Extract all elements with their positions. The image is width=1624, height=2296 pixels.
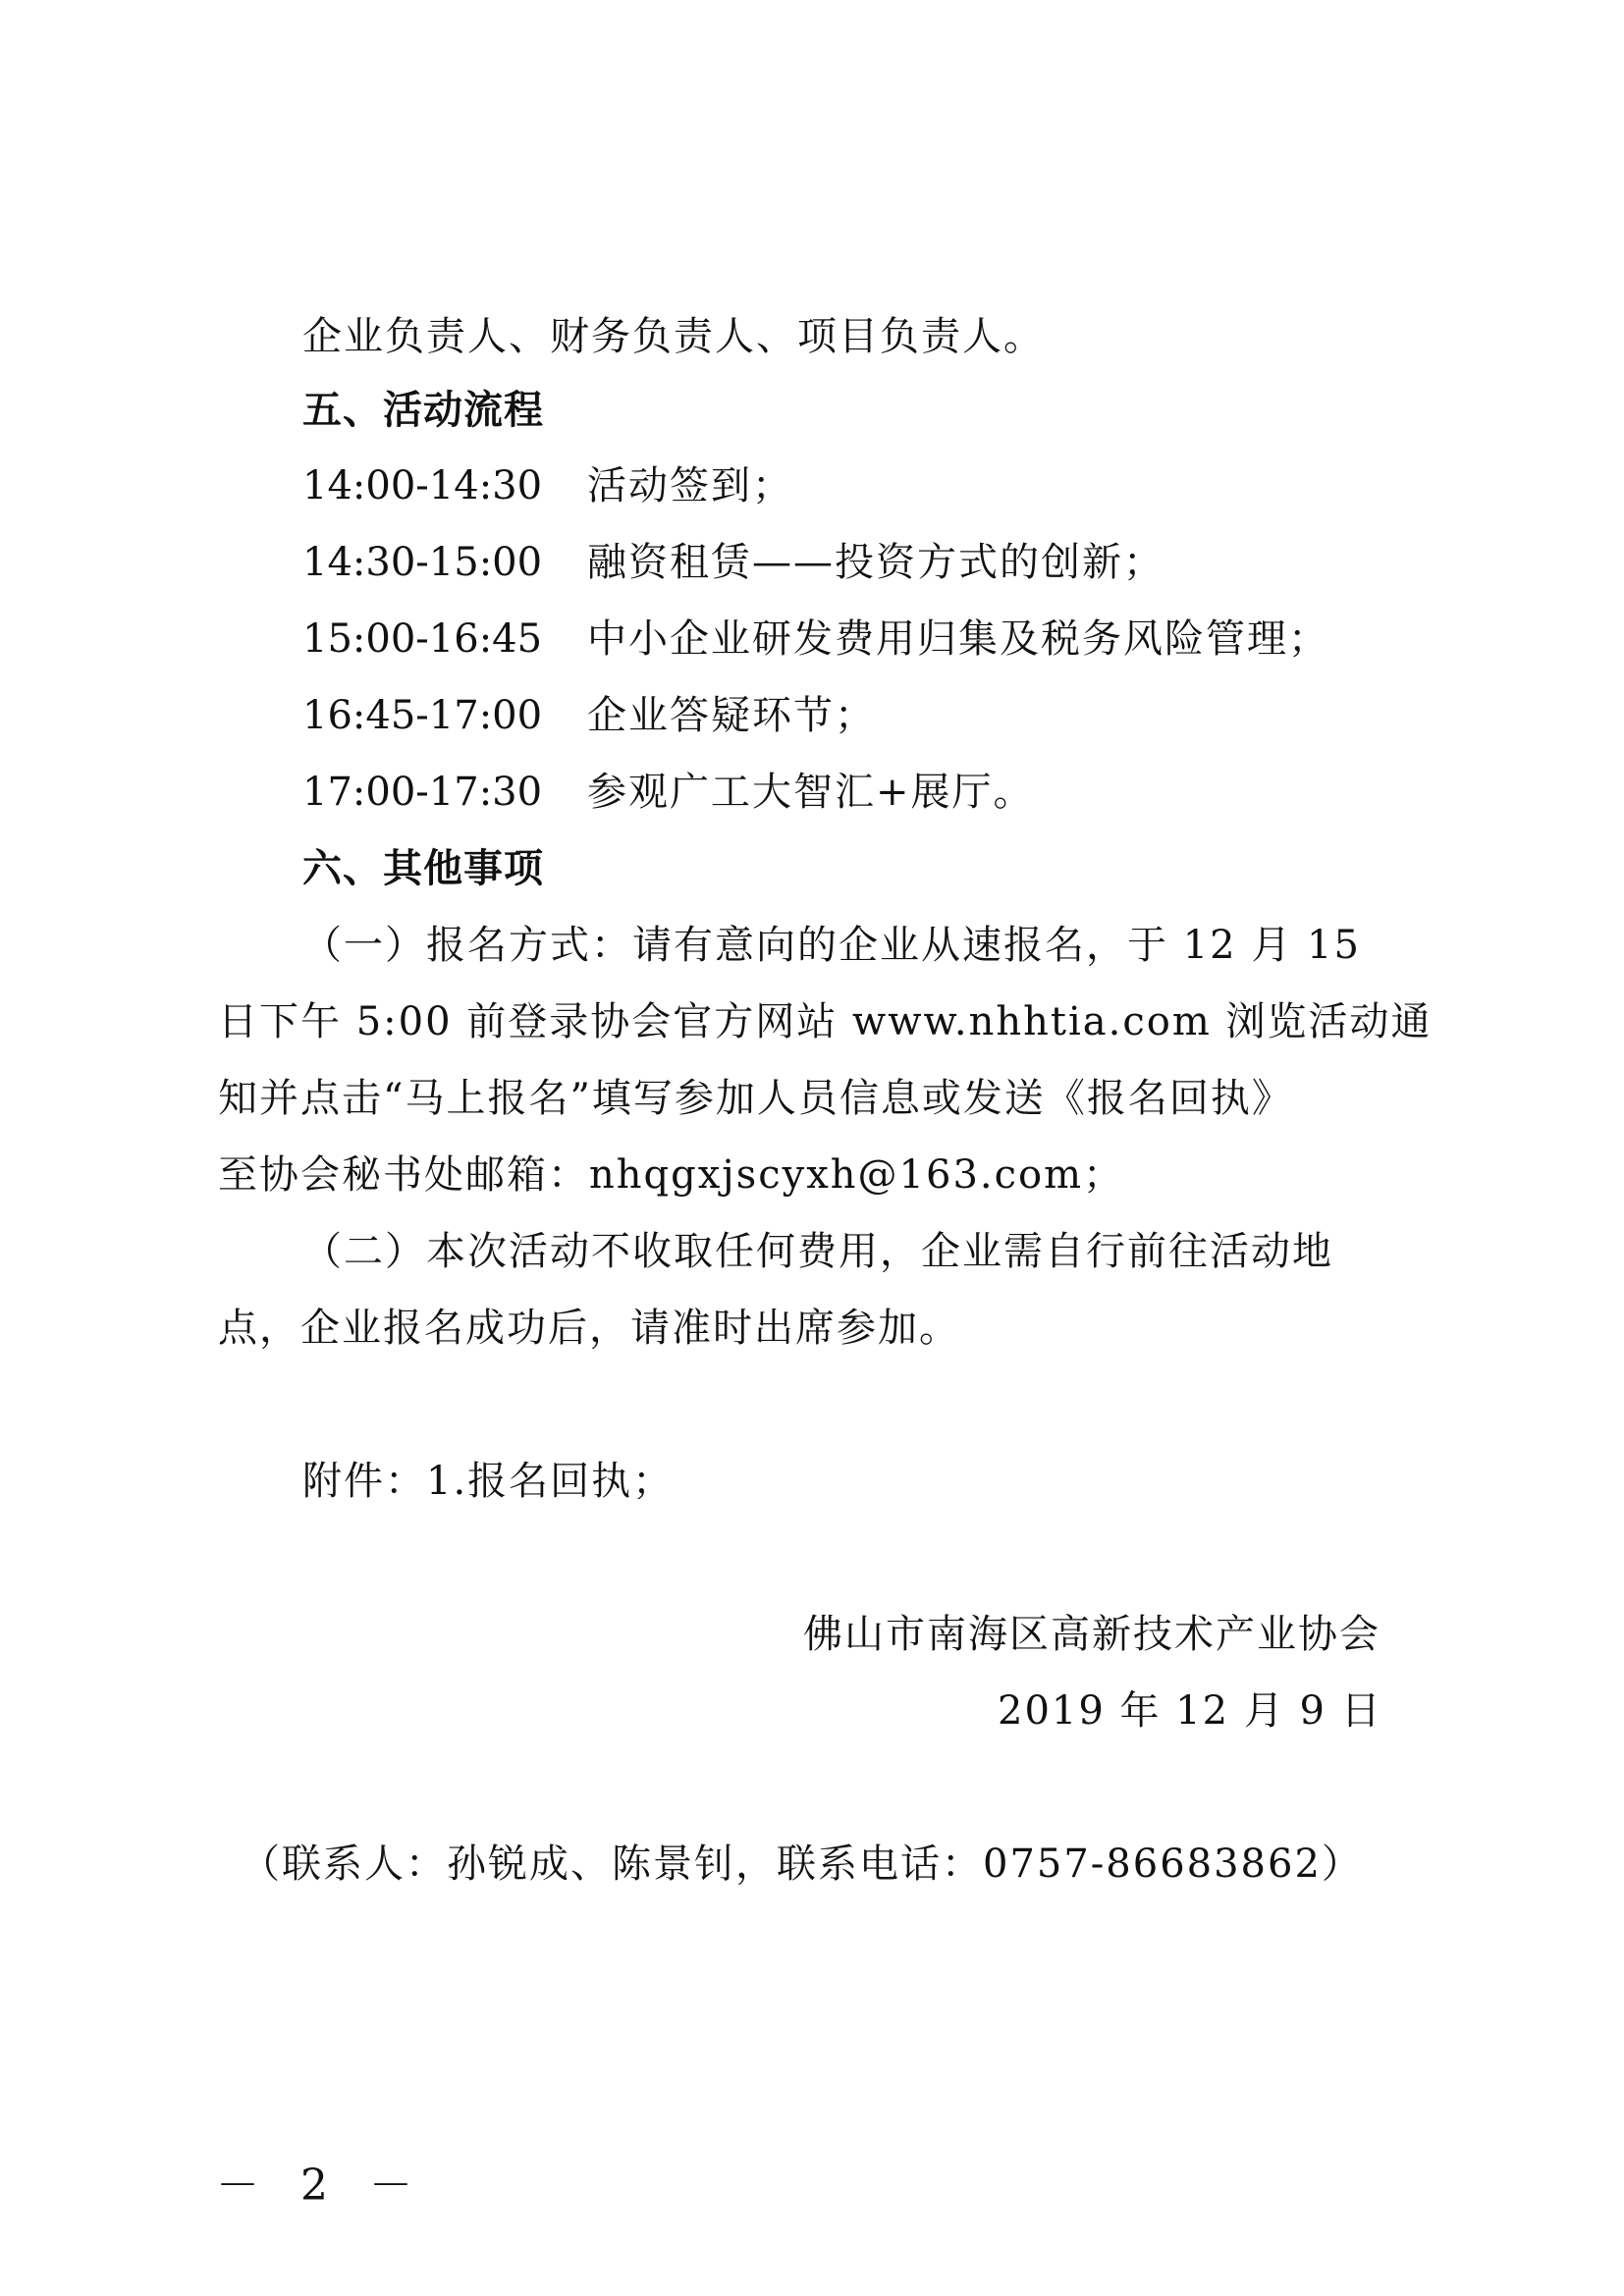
schedule-activity: 企业答疑环节； [587, 693, 876, 738]
item1-line: 至协会秘书处邮箱：nhqgxjscyxh@163.com； [218, 1150, 1124, 1200]
schedule-row: 14:30-15:00融资租赁——投资方式的创新； [302, 538, 1164, 587]
schedule-time: 15:00-16:45 [302, 614, 587, 664]
schedule-activity: 融资租赁——投资方式的创新； [587, 540, 1164, 585]
section-6-heading: 六、其他事项 [302, 844, 544, 893]
item2-line: （二）本次活动不收取任何费用，企业需自行前往活动地 [302, 1227, 1333, 1276]
intro-line: 企业负责人、财务负责人、项目负责人。 [302, 312, 1045, 361]
schedule-activity: 中小企业研发费用归集及税务风险管理； [587, 616, 1329, 662]
schedule-activity: 活动签到； [587, 463, 793, 508]
section-5-heading: 五、活动流程 [302, 386, 544, 435]
item2-line: 点，企业报名成功后，请准时出席参加。 [218, 1304, 960, 1353]
item1-line: （一）报名方式：请有意向的企业从速报名，于 12 月 15 [302, 921, 1361, 970]
schedule-time: 14:00-14:30 [302, 461, 587, 510]
attachment-line: 附件：1.报名回执； [302, 1457, 674, 1506]
contact-line: （联系人：孙锐成、陈景钊，联系电话：0757-86683862） [241, 1840, 1363, 1889]
schedule-row: 16:45-17:00企业答疑环节； [302, 691, 876, 740]
schedule-activity: 参观广工大智汇+展厅。 [587, 770, 1035, 815]
schedule-row: 14:00-14:30活动签到； [302, 461, 793, 510]
schedule-row: 17:00-17:30参观广工大智汇+展厅。 [302, 768, 1035, 817]
signature-organization: 佛山市南海区高新技术产业协会 [803, 1610, 1380, 1659]
item1-line: 知并点击“马上报名”填写参加人员信息或发送《报名回执》 [218, 1074, 1293, 1123]
item1-line: 日下午 5:00 前登录协会官方网站 www.nhhtia.com 浏览活动通 [218, 997, 1433, 1046]
schedule-time: 16:45-17:00 [302, 691, 587, 740]
schedule-row: 15:00-16:45中小企业研发费用归集及税务风险管理； [302, 614, 1329, 664]
schedule-time: 14:30-15:00 [302, 538, 587, 587]
page-number: － 2 － [216, 2150, 426, 2213]
schedule-time: 17:00-17:30 [302, 768, 587, 817]
signature-date: 2019 年 12 月 9 日 [998, 1686, 1382, 1735]
